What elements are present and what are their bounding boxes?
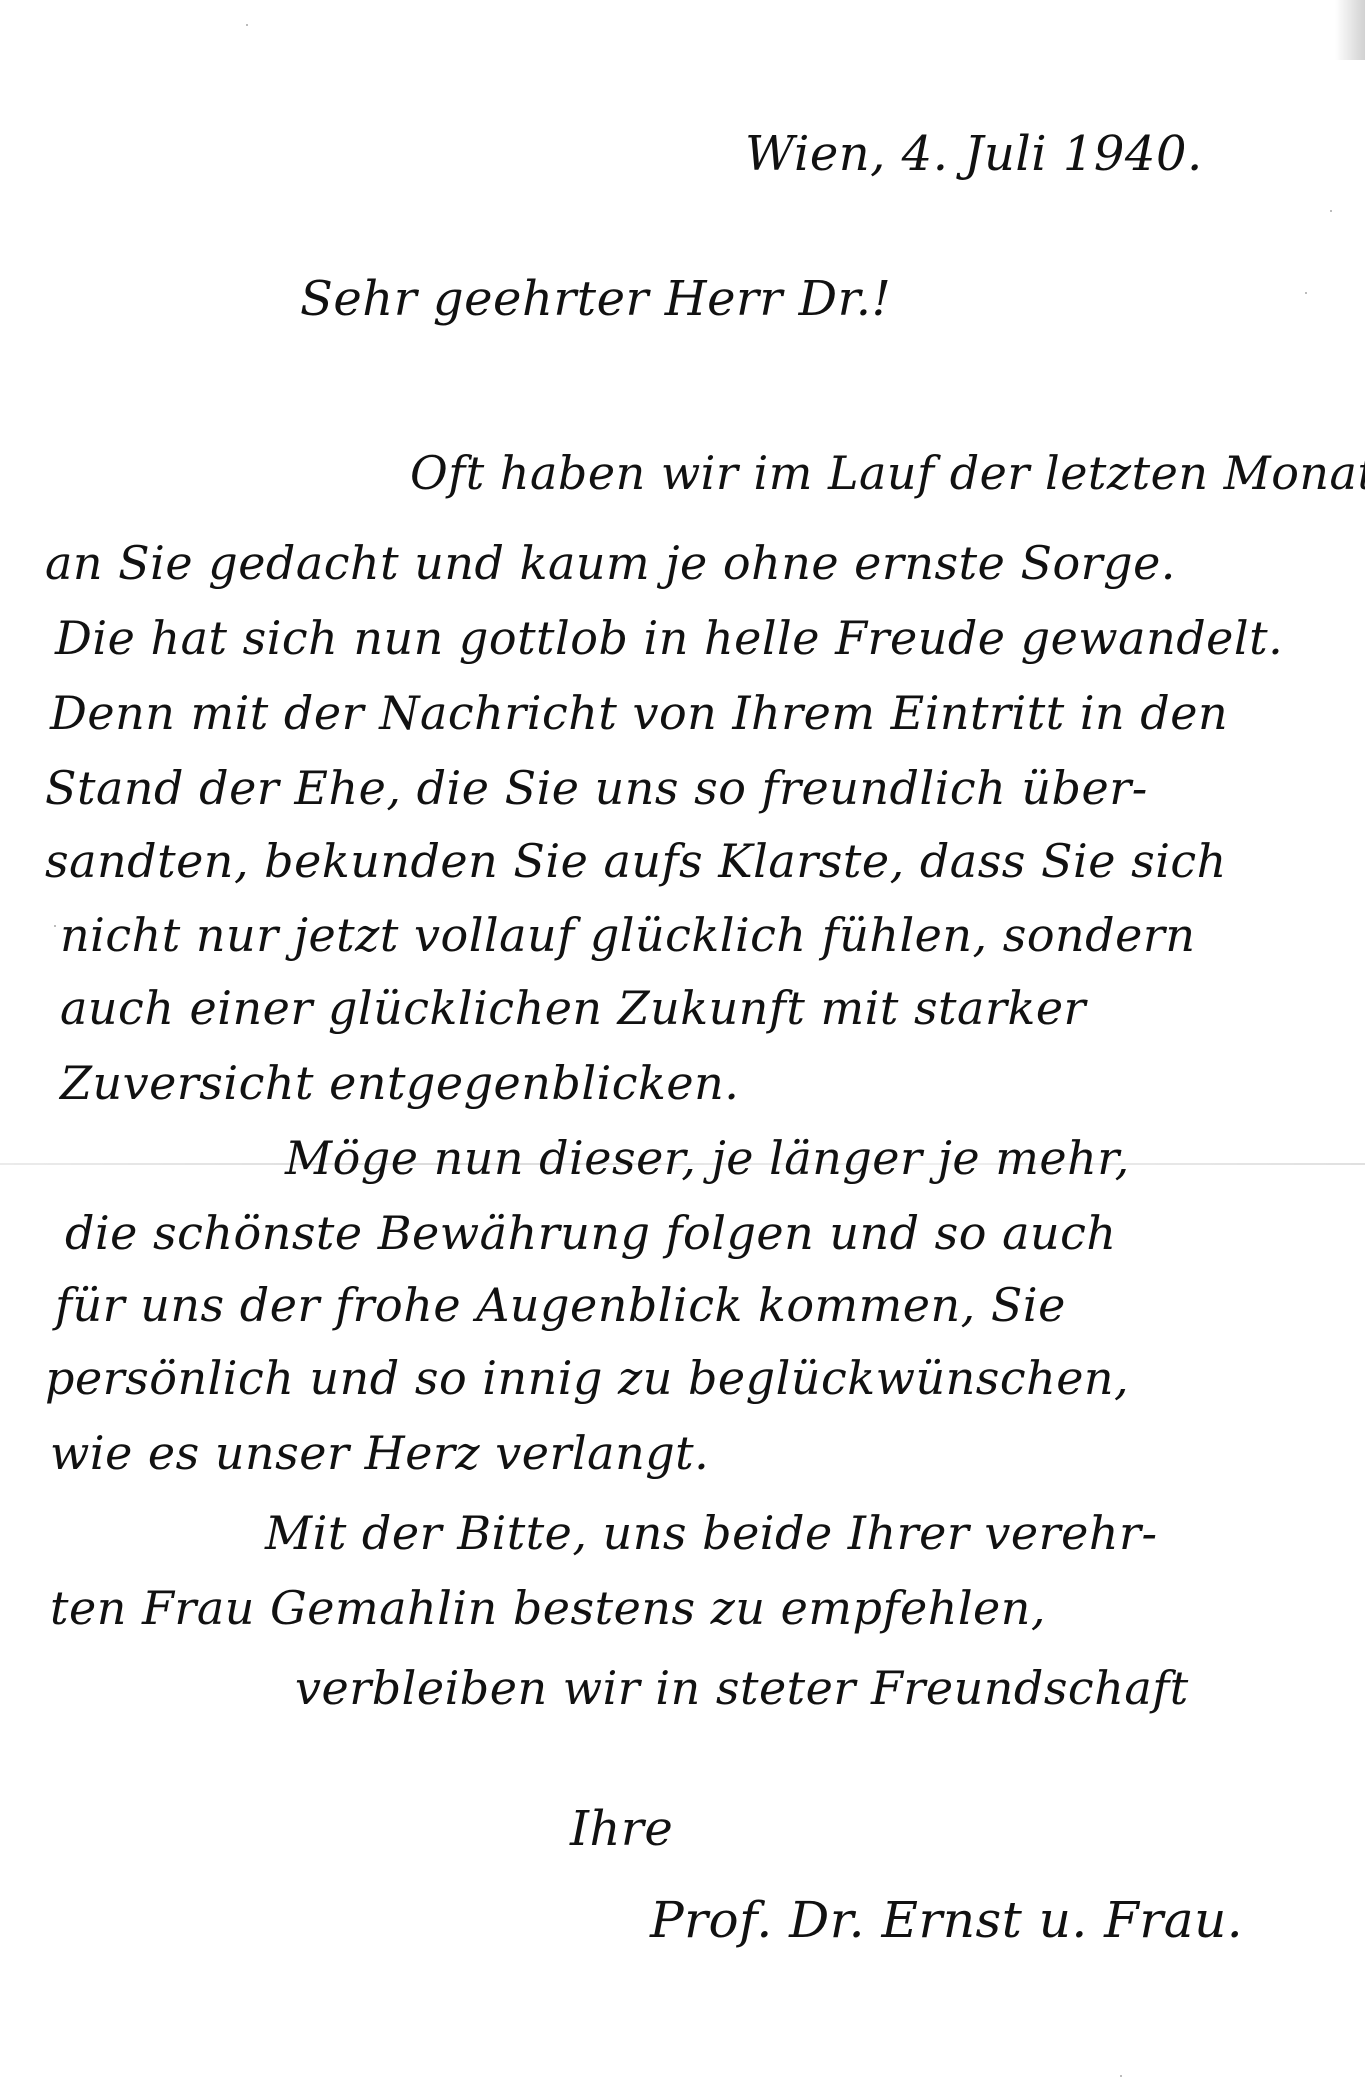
body-line: nicht nur jetzt vollauf glücklich fühlen…: [60, 912, 1195, 958]
body-line: Mit der Bitte, uns beide Ihrer verehr-: [265, 1510, 1158, 1556]
scan-speck: [54, 925, 56, 927]
body-line: Die hat sich nun gottlob in helle Freude…: [55, 615, 1283, 661]
scan-speck: [1120, 2075, 1122, 2077]
body-line: für uns der frohe Augenblick kommen, Sie: [55, 1282, 1066, 1328]
body-line: Zuversicht entgegenblicken.: [60, 1060, 739, 1106]
body-line: auch einer glücklichen Zukunft mit stark…: [60, 985, 1086, 1031]
letter-salutation: Sehr geehrter Herr Dr.!: [300, 275, 891, 323]
body-line: persönlich und so innig zu beglückwünsch…: [45, 1355, 1129, 1401]
body-line: Stand der Ehe, die Sie uns so freundlich…: [45, 765, 1148, 811]
body-line: Möge nun dieser, je länger je mehr,: [285, 1135, 1130, 1181]
body-line: die schönste Bewährung folgen und so auc…: [65, 1210, 1117, 1256]
letter-dateline: Wien, 4. Juli 1940.: [745, 130, 1203, 178]
body-line: Oft haben wir im Lauf der letzten Monate: [410, 450, 1365, 496]
body-line: an Sie gedacht und kaum je ohne ernste S…: [45, 540, 1176, 586]
body-line: ten Frau Gemahlin bestens zu empfehlen,: [50, 1585, 1046, 1631]
letter-signature: Prof. Dr. Ernst u. Frau.: [650, 1895, 1243, 1945]
scan-speck: [1330, 210, 1332, 212]
scan-speck: [1305, 292, 1307, 294]
scan-speck: [246, 24, 248, 26]
letter-closing: Ihre: [570, 1805, 673, 1853]
scan-corner-shadow: [1335, 0, 1365, 60]
body-line: verbleiben wir in steter Freundschaft: [295, 1665, 1189, 1711]
body-line: sandten, bekunden Sie aufs Klarste, dass…: [45, 838, 1227, 884]
letter-page: Wien, 4. Juli 1940. Sehr geehrter Herr D…: [0, 0, 1365, 2096]
body-line: wie es unser Herz verlangt.: [50, 1430, 709, 1476]
body-line: Denn mit der Nachricht von Ihrem Eintrit…: [50, 690, 1228, 736]
